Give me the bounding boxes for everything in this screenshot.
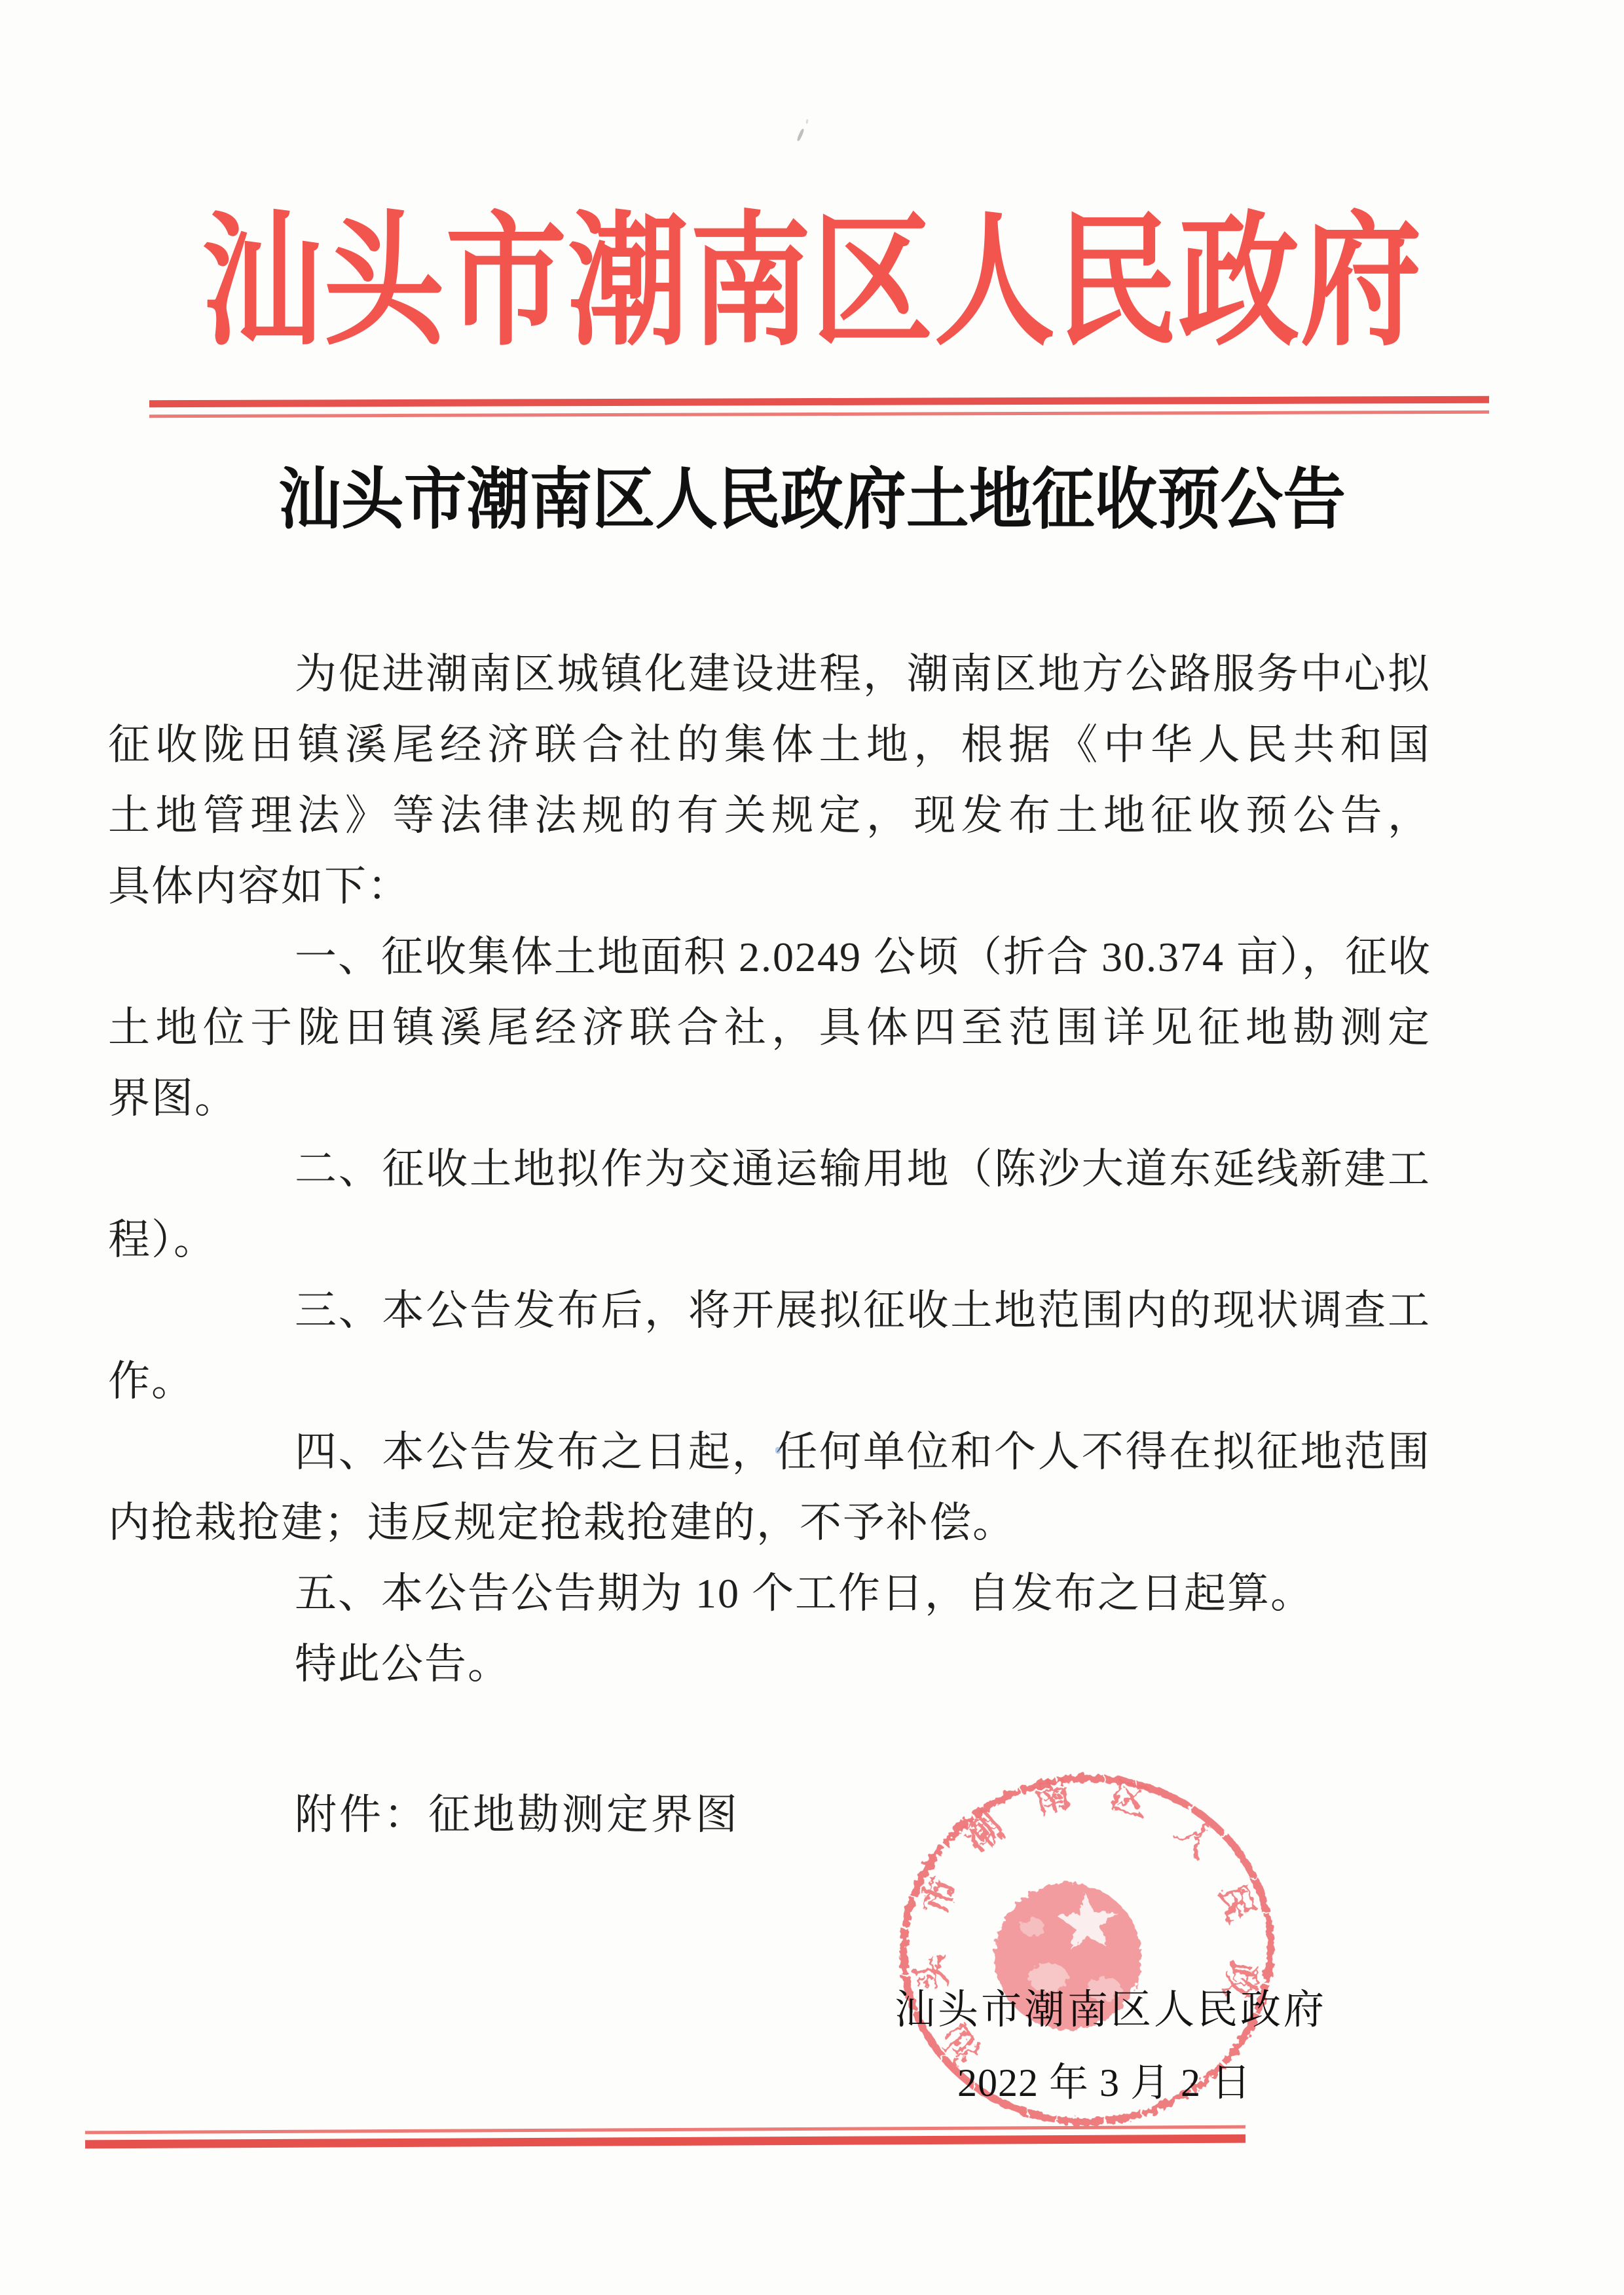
scan-artifact xyxy=(805,119,808,124)
scan-artifact xyxy=(775,1447,781,1454)
body-line: 特此公告。 xyxy=(108,1629,1431,1700)
body-line: 四、本公告发布之日起，任何单位和个人不得在拟征地范围 xyxy=(108,1417,1431,1488)
body-line: 一、征收集体土地面积 2.0249 公顷（折合 30.374 亩），征收 xyxy=(108,922,1431,993)
scan-artifact xyxy=(796,128,805,141)
document-body: 为促进潮南区城镇化建设进程，潮南区地方公路服务中心拟 征收陇田镇溪尾经济联合社的… xyxy=(108,639,1431,1700)
body-line: 五、本公告公告期为 10 个工作日，自发布之日起算。 xyxy=(108,1558,1431,1629)
issue-date: 2022 年 3 月 2 日 xyxy=(957,2061,1251,2104)
separator-rule-bottom xyxy=(85,2125,1246,2149)
signature: 汕头市潮南区人民政府 xyxy=(895,1988,1327,2032)
separator-rule-top xyxy=(149,396,1489,418)
body-line: 征收陇田镇溪尾经济联合社的集体土地，根据《中华人民共和国 xyxy=(108,710,1431,780)
document-page: 汕头市潮南区人民政府 汕头市潮南区人民政府土地征收预公告 为促进潮南区城镇化建设… xyxy=(0,0,1624,2295)
body-line: 三、本公告发布后，将开展拟征收土地范围内的现状调查工 xyxy=(108,1276,1431,1346)
body-line: 内抢栽抢建；违反规定抢栽抢建的，不予补偿。 xyxy=(108,1488,1431,1558)
body-line: 作。 xyxy=(108,1346,1431,1417)
body-line: 土地管理法》等法律法规的有关规定，现发布土地征收预公告， xyxy=(108,780,1431,851)
attachment-note: 附件：征地勘测定界图 xyxy=(295,1780,740,1850)
document-title: 汕头市潮南区人民政府土地征收预公告 xyxy=(48,462,1575,539)
body-line: 程）。 xyxy=(108,1205,1431,1276)
seal-star-icon xyxy=(1056,1890,1118,1951)
body-line: 为促进潮南区城镇化建设进程，潮南区地方公路服务中心拟 xyxy=(108,639,1431,710)
body-line: 二、征收土地拟作为交通运输用地（陈沙大道东延线新建工 xyxy=(108,1134,1431,1205)
body-line: 界图。 xyxy=(108,1063,1431,1134)
letterhead-title: 汕头市潮南区人民政府 xyxy=(130,211,1494,355)
body-line: 具体内容如下： xyxy=(108,851,1431,922)
body-line: 土地位于陇田镇溪尾经济联合社，具体四至范围详见征地勘测定 xyxy=(108,993,1431,1063)
